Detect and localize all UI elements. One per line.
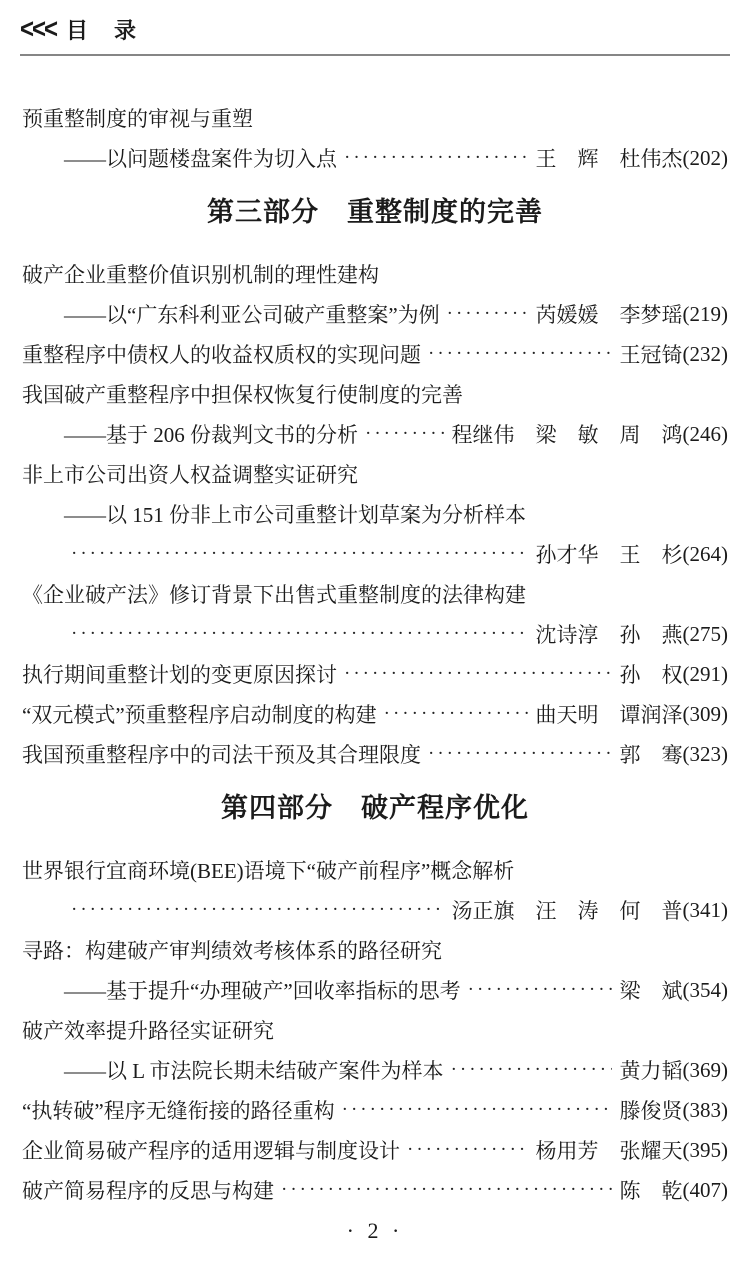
entry-title: 破产企业重整价值识别机制的理性建构 bbox=[22, 259, 379, 289]
section-heading: 第三部分 重整制度的完善 bbox=[22, 194, 728, 230]
entry-authors: 芮媛媛 李梦瑶 bbox=[536, 299, 683, 329]
dot-leader bbox=[384, 703, 528, 725]
toc-entry-line: ——以问题楼盘案件为切入点 王 辉 杜伟杰 (202) bbox=[22, 138, 728, 178]
dot-leader bbox=[71, 623, 528, 645]
dot-leader bbox=[451, 1059, 612, 1081]
entry-page: (341) bbox=[683, 898, 729, 923]
toc-entry-line: 我国预重整程序中的司法干预及其合理限度 郭 骞 (323) bbox=[22, 734, 728, 774]
toc-title-line: 寻路：构建破产审判绩效考核体系的路径研究 bbox=[22, 930, 728, 970]
entry-title: 重整程序中债权人的收益权质权的实现问题 bbox=[22, 339, 421, 369]
dot-leader bbox=[71, 899, 444, 921]
toc-title-line: 非上市公司出资人权益调整实证研究 bbox=[22, 454, 728, 494]
entry-page: (383) bbox=[683, 1098, 729, 1123]
entry-page: (264) bbox=[683, 542, 729, 567]
entry-subtitle: ——以“广东科利亚公司破产重整案”为例 bbox=[64, 299, 440, 329]
toc-list: 预重整制度的审视与重塑 ——以问题楼盘案件为切入点 王 辉 杜伟杰 (202) … bbox=[0, 98, 750, 1210]
dot-leader bbox=[365, 423, 444, 445]
entry-subtitle: ——以问题楼盘案件为切入点 bbox=[64, 143, 337, 173]
entry-subtitle: ——基于 206 份裁判文书的分析 bbox=[64, 419, 358, 449]
toc-entry-line: “双元模式”预重整程序启动制度的构建 曲天明 谭润泽 (309) bbox=[22, 694, 728, 734]
toc-leader-line: 沈诗淳 孙 燕 (275) bbox=[22, 614, 728, 654]
entry-subtitle: ——以 151 份非上市公司重整计划草案为分析样本 bbox=[64, 499, 526, 529]
toc-title-line: 我国破产重整程序中担保权恢复行使制度的完善 bbox=[22, 374, 728, 414]
toc-entry-line: “执转破”程序无缝衔接的路径重构 滕俊贤 (383) bbox=[22, 1090, 728, 1130]
entry-authors: 王 辉 杜伟杰 bbox=[536, 143, 683, 173]
page-header: <<< 目 录 bbox=[0, 0, 750, 56]
entry-authors: 梁 斌 bbox=[620, 975, 683, 1005]
toc-entry-line: ——基于 206 份裁判文书的分析 程继伟 梁 敏 周 鸿 (246) bbox=[22, 414, 728, 454]
toc-entry-line: 破产简易程序的反思与构建 陈 乾 (407) bbox=[22, 1170, 728, 1210]
toc-leader-line: 汤正旗 汪 涛 何 普 (341) bbox=[22, 890, 728, 930]
entry-title: 《企业破产法》修订背景下出售式重整制度的法律构建 bbox=[22, 579, 526, 609]
dot-leader bbox=[468, 979, 612, 1001]
entry-authors: 孙才华 王 杉 bbox=[536, 539, 683, 569]
entry-page: (323) bbox=[683, 742, 729, 767]
entry-authors: 王冠锜 bbox=[620, 339, 683, 369]
entry-authors: 程继伟 梁 敏 周 鸿 bbox=[452, 419, 683, 449]
entry-title: 预重整制度的审视与重塑 bbox=[22, 103, 253, 133]
toc-entry-line: ——基于提升“办理破产”回收率指标的思考 梁 斌 (354) bbox=[22, 970, 728, 1010]
footer-page-number: · 2 · bbox=[0, 1218, 750, 1244]
entry-authors: 汤正旗 汪 涛 何 普 bbox=[452, 895, 683, 925]
entry-page: (354) bbox=[683, 978, 729, 1003]
entry-subtitle: ——基于提升“办理破产”回收率指标的思考 bbox=[64, 975, 461, 1005]
entry-authors: 郭 骞 bbox=[620, 739, 683, 769]
dot-leader bbox=[428, 343, 612, 365]
header-divider bbox=[20, 54, 730, 56]
entry-title: “执转破”程序无缝衔接的路径重构 bbox=[22, 1095, 335, 1125]
entry-page: (246) bbox=[683, 422, 729, 447]
back-chevrons-icon[interactable]: <<< bbox=[20, 13, 56, 45]
entry-title: 我国预重整程序中的司法干预及其合理限度 bbox=[22, 739, 421, 769]
toc-page: <<< 目 录 预重整制度的审视与重塑 ——以问题楼盘案件为切入点 王 辉 杜伟… bbox=[0, 0, 750, 1267]
entry-page: (219) bbox=[683, 302, 729, 327]
toc-title-line: 世界银行宜商环境(BEE)语境下“破产前程序”概念解析 bbox=[22, 850, 728, 890]
entry-page: (202) bbox=[683, 146, 729, 171]
section-heading: 第四部分 破产程序优化 bbox=[22, 790, 728, 826]
entry-title: 非上市公司出资人权益调整实证研究 bbox=[22, 459, 358, 489]
entry-page: (395) bbox=[683, 1138, 729, 1163]
toc-entry-line: 重整程序中债权人的收益权质权的实现问题 王冠锜 (232) bbox=[22, 334, 728, 374]
toc-title-line: 预重整制度的审视与重塑 bbox=[22, 98, 728, 138]
entry-subtitle: ——以 L 市法院长期未结破产案件为样本 bbox=[64, 1055, 444, 1085]
toc-entry-line: ——以“广东科利亚公司破产重整案”为例 芮媛媛 李梦瑶 (219) bbox=[22, 294, 728, 334]
toc-entry-line: ——以 L 市法院长期未结破产案件为样本 黄力韬 (369) bbox=[22, 1050, 728, 1090]
dot-leader bbox=[344, 663, 612, 685]
toc-title-line: 破产效率提升路径实证研究 bbox=[22, 1010, 728, 1050]
dot-leader bbox=[428, 743, 612, 765]
entry-authors: 杨用芳 张耀天 bbox=[536, 1135, 683, 1165]
entry-title: 破产简易程序的反思与构建 bbox=[22, 1175, 274, 1205]
entry-title: 寻路：构建破产审判绩效考核体系的路径研究 bbox=[22, 935, 442, 965]
entry-title: 企业简易破产程序的适用逻辑与制度设计 bbox=[22, 1135, 400, 1165]
toc-leader-line: 孙才华 王 杉 (264) bbox=[22, 534, 728, 574]
toc-subtitle-line: ——以 151 份非上市公司重整计划草案为分析样本 bbox=[22, 494, 728, 534]
entry-authors: 孙 权 bbox=[620, 659, 683, 689]
entry-authors: 曲天明 谭润泽 bbox=[536, 699, 683, 729]
dot-leader bbox=[281, 1179, 612, 1201]
entry-title: 破产效率提升路径实证研究 bbox=[22, 1015, 274, 1045]
dot-leader bbox=[71, 543, 528, 565]
entry-authors: 沈诗淳 孙 燕 bbox=[536, 619, 683, 649]
entry-authors: 陈 乾 bbox=[620, 1175, 683, 1205]
entry-page: (369) bbox=[683, 1058, 729, 1083]
entry-title: 执行期间重整计划的变更原因探讨 bbox=[22, 659, 337, 689]
entry-authors: 黄力韬 bbox=[620, 1055, 683, 1085]
toc-entry-line: 企业简易破产程序的适用逻辑与制度设计 杨用芳 张耀天 (395) bbox=[22, 1130, 728, 1170]
entry-title: 我国破产重整程序中担保权恢复行使制度的完善 bbox=[22, 379, 463, 409]
entry-page: (275) bbox=[683, 622, 729, 647]
toc-title-line: 破产企业重整价值识别机制的理性建构 bbox=[22, 254, 728, 294]
toc-title-line: 《企业破产法》修订背景下出售式重整制度的法律构建 bbox=[22, 574, 728, 614]
back-to-toc-link[interactable]: <<< 目 录 bbox=[20, 14, 730, 45]
dot-leader bbox=[344, 147, 528, 169]
dot-leader bbox=[447, 303, 528, 325]
entry-page: (291) bbox=[683, 662, 729, 687]
dot-leader bbox=[342, 1099, 612, 1121]
entry-page: (232) bbox=[683, 342, 729, 367]
page-heading: 目 录 bbox=[66, 14, 138, 45]
entry-authors: 滕俊贤 bbox=[620, 1095, 683, 1125]
toc-entry-line: 执行期间重整计划的变更原因探讨 孙 权 (291) bbox=[22, 654, 728, 694]
entry-title: 世界银行宜商环境(BEE)语境下“破产前程序”概念解析 bbox=[22, 855, 514, 885]
dot-leader bbox=[407, 1139, 528, 1161]
entry-page: (407) bbox=[683, 1178, 729, 1203]
entry-title: “双元模式”预重整程序启动制度的构建 bbox=[22, 699, 377, 729]
entry-page: (309) bbox=[683, 702, 729, 727]
